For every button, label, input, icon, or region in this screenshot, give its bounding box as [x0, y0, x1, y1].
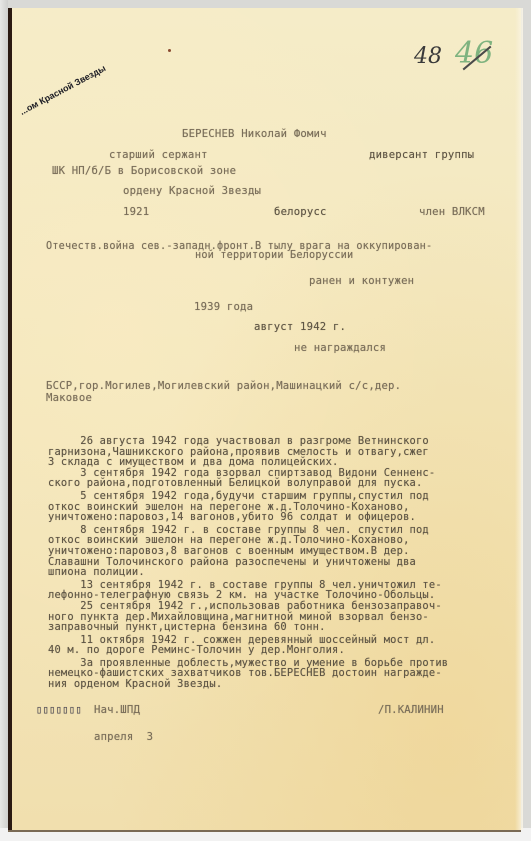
- body-line: 40 м. по дороге Реминс-Толочин у дер.Мон…: [48, 645, 448, 656]
- body-line: ского района,подготовленный Белицкой вол…: [48, 478, 448, 489]
- address-line-2: Маковое: [46, 392, 92, 404]
- body-line: 25 сентября 1942 г.,использовав работник…: [48, 601, 448, 612]
- handwritten-old-number: 46: [455, 36, 493, 71]
- body-line: 26 августа 1942 года участвовал в разгро…: [48, 436, 448, 447]
- wounds: ранен и контужен: [309, 275, 414, 287]
- body-line: уничтожено:паровоз,8 вагонов с военным и…: [48, 546, 448, 557]
- person-name: БЕРЕСНЕВ Николай Фомич: [182, 128, 327, 140]
- body-line: заправочный пункт,цистерна бензина 60 то…: [48, 622, 448, 633]
- unit: ШК НП/б/Б в Борисовской зоне: [52, 165, 236, 177]
- scanner-background-left: [0, 0, 8, 841]
- nationality: белорусс: [274, 206, 327, 218]
- signatory-name: /П.КАЛИНИН: [378, 704, 444, 716]
- party-membership: член ВЛКСМ: [419, 206, 485, 218]
- document-date: апреля 3: [94, 731, 153, 743]
- signature-redaction-mark: ▯▯▯▯▯▯▯: [36, 704, 82, 716]
- handwritten-page-number: 48: [414, 44, 442, 69]
- prior-awards: не награждался: [294, 342, 386, 354]
- enlisted-year: 1939 года: [194, 301, 253, 313]
- body-line: уничтожено:паровоз,14 вагонов,убито 96 с…: [48, 512, 448, 523]
- partisan-since: август 1942 г.: [254, 321, 346, 333]
- service-line-2: ной территории Белоруссии: [195, 251, 353, 260]
- document-page: 48 46 ...ом Красной Звезды БЕРЕСНЕВ Нико…: [8, 8, 521, 830]
- ink-spot: [168, 49, 171, 52]
- position: диверсант группы: [369, 149, 474, 161]
- narrative-body: 26 августа 1942 года участвовал в разгро…: [48, 436, 448, 690]
- body-line: 5 сентября 1942 года,будучи старшим груп…: [48, 491, 448, 502]
- award-stamp: ...ом Красной Звезды: [18, 63, 107, 117]
- birth-year: 1921: [123, 206, 149, 218]
- body-line: ния орденом Красной Звезды.: [48, 679, 448, 690]
- address-line-1: БССР,гор.Могилев,Могилевский район,Машин…: [46, 380, 401, 392]
- signatory-title: Нач.ШПД: [94, 704, 140, 716]
- rank: старший сержант: [109, 149, 208, 161]
- award-recommended: ордену Красной Звезды: [123, 185, 261, 197]
- body-line: шпиона полиции.: [48, 567, 448, 578]
